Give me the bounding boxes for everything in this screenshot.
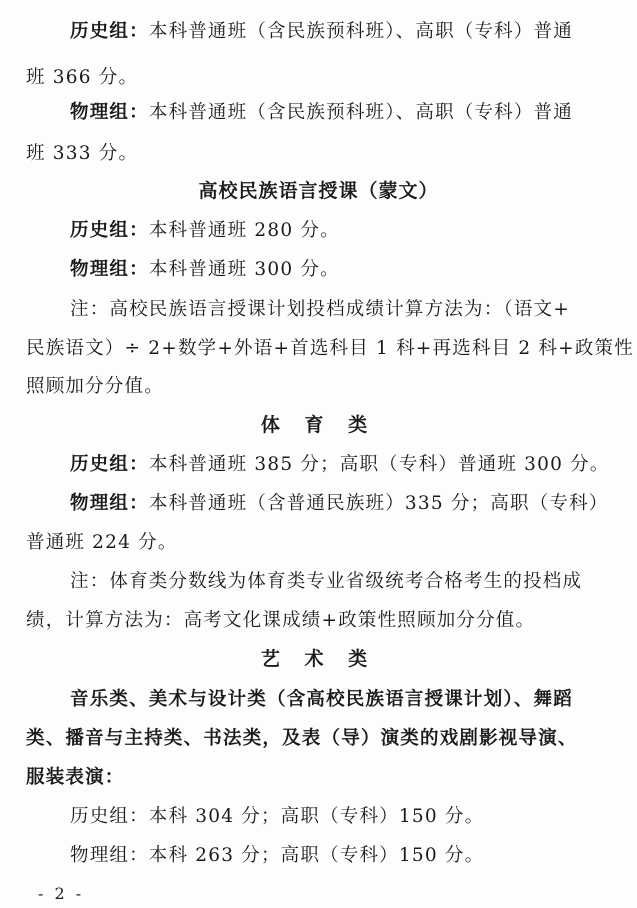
general-history-line2: 班 366 分。 [26,66,138,90]
document-page: 历史组：本科普通班（含民族预科班）、高职（专科）普通 班 366 分。 物理组：… [0,0,637,908]
physics-group-label: 物理组： [70,259,149,280]
arts-history-line: 历史组：本科 304 分；高职（专科）150 分。 [70,805,484,829]
sports-physics-line2: 普通班 224 分。 [26,531,178,555]
physics-group-label: 物理组： [70,102,149,123]
arts-intro-line1: 音乐类、美术与设计类（含高校民族语言授课计划）、舞蹈 [70,688,573,712]
mongolian-heading: 高校民族语言授课（蒙文） [0,179,637,203]
general-history-line1: 历史组：本科普通班（含民族预科班）、高职（专科）普通 [70,20,573,44]
page-number: - 2 - [38,884,84,903]
mongolian-physics-line: 物理组：本科普通班 300 分。 [70,258,340,282]
sports-history-line: 历史组：本科普通班 385 分；高职（专科）普通班 300 分。 [70,453,610,477]
arts-physics-line: 物理组：本科 263 分；高职（专科）150 分。 [70,844,484,868]
history-group-label: 历史组： [70,220,149,241]
arts-intro-line3: 服装表演： [26,766,125,790]
mongolian-note-line1: 注：高校民族语言授课计划投档成绩计算方法为：（语文+ [70,298,570,322]
physics-group-label: 物理组： [70,493,149,514]
sports-heading: 体 育 类 [0,413,637,437]
history-group-label: 历史组： [70,454,149,475]
history-group-label: 历史组： [70,21,149,42]
sports-physics-line1: 物理组：本科普通班（含普通民族班）335 分；高职（专科） [70,492,609,516]
mongolian-note-line2: 民族语文）÷ 2+数学+外语+首选科目 1 科+再选科目 2 科+政策性 [26,337,634,361]
sports-note-line2: 绩，计算方法为：高考文化课成绩+政策性照顾加分分值。 [26,609,535,633]
arts-heading: 艺 术 类 [0,647,637,671]
general-physics-line1: 物理组：本科普通班（含民族预科班）、高职（专科）普通 [70,101,573,125]
mongolian-note-line3: 照顾加分分值。 [26,375,164,399]
sports-note-line1: 注：体育类分数线为体育类专业省级统考合格考生的投档成 [70,570,582,594]
arts-intro-line2: 类、播音与主持类、书法类，及表（导）演类的戏剧影视导演、 [26,727,578,751]
general-physics-line2: 班 333 分。 [26,142,138,166]
mongolian-history-line: 历史组：本科普通班 280 分。 [70,219,340,243]
